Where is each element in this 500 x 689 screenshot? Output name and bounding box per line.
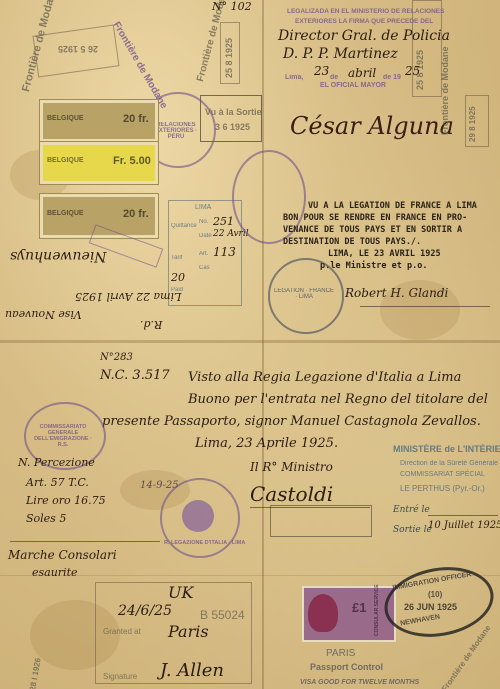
france-signature: Robert H. Glandi	[345, 286, 448, 300]
france-visa-line: BON POUR SE RENDRE EN FRANCE EN PRO-	[283, 212, 467, 224]
frontier-stamp-date: 26 5 1925	[58, 44, 98, 54]
place-label: Lima,	[285, 74, 303, 81]
immigration-date: 26 JUN 1925	[404, 602, 457, 612]
sortie-date: 10 Juillet 1925	[428, 520, 500, 531]
oficial-mayor: EL OFICIAL MAYOR	[320, 82, 386, 89]
paris-label: PARIS	[326, 648, 355, 659]
italy-visa-number: N.C. 3.517	[100, 368, 170, 383]
frontier-stamp: Frontière de Modane	[440, 46, 450, 135]
italy-minister-label: Il R° Ministro	[250, 460, 333, 474]
signature-label: Signature	[103, 672, 137, 681]
france-visa-line: DESTINATION DE TOUS PAYS./.	[283, 236, 421, 248]
interior-ministry: MINISTÈRE de L'INTÉRIEUR	[393, 444, 500, 454]
le-perthus: LE PERTHUS (Pyr.-Or.)	[400, 484, 485, 493]
fee-line: N. Percezione	[18, 456, 95, 469]
granted-place: Paris	[168, 622, 209, 641]
fee-line: Soles 5	[26, 512, 66, 525]
kings-head-icon	[308, 594, 338, 632]
france-visa-line: p.le Ministre et p.o.	[320, 260, 427, 272]
commissaire-special-stamp	[270, 505, 372, 537]
frontier-stamp-date: 25 8 1925	[224, 38, 234, 78]
emigration-seal-text: COMMISSARIATO GENERALE DELL'EMIGRAZIONE …	[30, 424, 96, 448]
france-seal-text: LEGATION · FRANCE · LIMA	[274, 288, 334, 300]
italy-visa-line: Visto alla Regia Legazione d'Italia a Li…	[188, 370, 461, 385]
commissariat: COMMISSARIAT SPÉCIAL	[400, 471, 485, 478]
fee-line: Art. 57 T.C.	[26, 476, 89, 489]
marche-consolari: Marche Consolari	[8, 548, 117, 562]
signature-line	[360, 306, 490, 307]
legalization-day: 23	[314, 64, 329, 78]
france-visa-line: VU A LA LEGATION DE FRANCE A LIMA	[308, 200, 477, 212]
belgian-signature: Nieuwenhuys	[10, 248, 106, 264]
italy-minister-signature: Castoldi	[250, 482, 333, 506]
italy-visa-date: Lima, 23 Aprile 1925.	[195, 436, 338, 451]
revenue-stamp: BELGIQUE 20 fr.	[40, 100, 158, 142]
consular-revenue-stamp: £1 CONSULAR SERVICE	[302, 586, 396, 642]
esaurite: esaurite	[32, 566, 78, 579]
granted-label: Granted at	[103, 627, 141, 636]
passport-control: Passport Control	[310, 662, 383, 672]
immigration-number: (10)	[428, 590, 442, 599]
visa-validity: VISA GOOD FOR TWELVE MONTHS	[300, 679, 419, 686]
sortie-stamp-date: 3 6 1925	[215, 122, 250, 132]
revenue-stamp: BELGIQUE Fr. 5.00	[40, 142, 158, 184]
fold-line	[0, 340, 500, 343]
year-label: de 19	[383, 74, 401, 81]
separator	[10, 541, 160, 542]
document-number: N° 102	[212, 0, 252, 13]
entree-line	[428, 515, 498, 516]
italy-visa-line: presente Passaporto, signor Manuel Casta…	[102, 414, 481, 429]
frontier-stamp-date: 25 8 1925	[415, 50, 425, 90]
italy-crest-icon	[182, 500, 214, 532]
italy-ref-number: N°283	[100, 352, 133, 363]
belgian-handwriting: Vise Nouveau	[5, 308, 82, 321]
france-visa-line: LIMA, LE 23 AVRIL 1925	[328, 248, 441, 260]
uk-officer-signature: J. Allen	[160, 660, 224, 681]
fee-line: Lire oro 16.75	[26, 494, 106, 507]
belgian-handwriting: Lima 22 Avril 1925	[75, 290, 181, 303]
legalization-month: abril	[348, 66, 376, 80]
uk-visa-date: 24/6/25	[118, 603, 172, 619]
entree-label: Entré le	[393, 505, 430, 515]
uk-visa-serial: B 55024	[200, 608, 245, 622]
belgian-initial: R.d.	[140, 318, 162, 331]
legalized-official: D. P. P. Martinez	[283, 46, 398, 62]
peru-official-signature: César Alguna	[290, 112, 454, 140]
surete-generale: Direction de la Sûreté Générale	[400, 460, 498, 467]
de-label: de	[330, 74, 338, 81]
italy-visa-line: Buono per l'entrata nel Regno del titola…	[188, 392, 488, 407]
sortie-label: Sortie le	[393, 525, 432, 535]
fold-line	[262, 0, 264, 689]
frontier-stamp-date: 29 8 1925	[468, 106, 477, 142]
italy-seal-text: R. LEGAZIONE D'ITALIA · LIMA	[164, 540, 232, 546]
uk-code: UK	[168, 583, 193, 602]
france-visa-line: VENANCE DE TOUS PAYS ET EN SORTIR A	[283, 224, 462, 236]
